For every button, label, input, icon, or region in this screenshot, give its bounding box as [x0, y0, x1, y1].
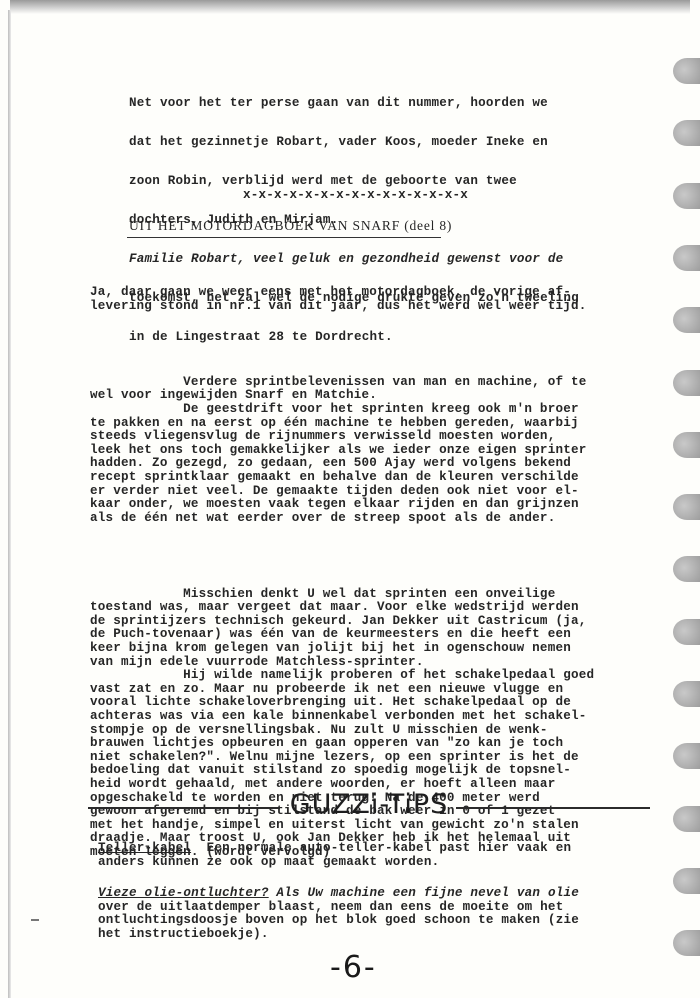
article-title-underline [127, 237, 441, 238]
scan-top-shadow [10, 0, 690, 14]
announcement-line: Net voor het ter perse gaan van dit numm… [129, 97, 579, 110]
binder-hole [673, 432, 700, 458]
tip-olie-ontluchter: Vieze olie-ontluchter? Als Uw machine ee… [98, 887, 579, 941]
binder-hole [673, 806, 700, 832]
binder-hole [673, 868, 700, 894]
tip-teller-kabel: Teller-kabel Een normale auto-teller-kab… [98, 842, 571, 869]
binder-hole [673, 307, 700, 333]
binder-hole [673, 245, 700, 271]
binder-hole [673, 370, 700, 396]
binder-hole [673, 556, 700, 582]
article-paragraph: Ja, daar gaan we weer eens met het motor… [90, 286, 594, 313]
binder-hole [673, 743, 700, 769]
margin-mark [31, 919, 39, 921]
binder-hole [673, 619, 700, 645]
tip-heading: Vieze olie-ontluchter? [98, 886, 269, 900]
tip-text-italic: Als Uw machine een fijne nevel van olie [269, 886, 579, 900]
article-paragraph: Verdere sprintbelevenissen van man en ma… [90, 376, 594, 526]
binder-hole [673, 58, 700, 84]
scanned-page: Net voor het ter perse gaan van dit numm… [0, 0, 700, 998]
header-rule-left [88, 807, 280, 809]
binder-hole [673, 120, 700, 146]
binder-hole [673, 681, 700, 707]
scan-left-edge [8, 10, 11, 998]
tip-text: over de uitlaatdemper blaast, neem dan e… [98, 900, 579, 941]
binder-hole [673, 494, 700, 520]
guzzi-tips-header: GUZZi-TiPS [88, 787, 650, 825]
header-rule-right [456, 807, 650, 809]
announcement-line: zoon Robin, verblijd werd met de geboort… [129, 175, 579, 188]
binder-hole [673, 930, 700, 956]
separator-line: x-x-x-x-x-x-x-x-x-x-x-x-x-x-x [243, 189, 468, 202]
guzzi-tips-title: GUZZi-TiPS [284, 789, 454, 820]
binder-hole [673, 183, 700, 209]
page-number: -6- [330, 950, 377, 985]
announcement-line: dat het gezinnetje Robart, vader Koos, m… [129, 136, 579, 149]
tip-heading: Teller-kabel [98, 841, 191, 855]
article-title: UIT HET MOTORDAGBOEK VAN SNARF (deel 8) [129, 219, 452, 232]
